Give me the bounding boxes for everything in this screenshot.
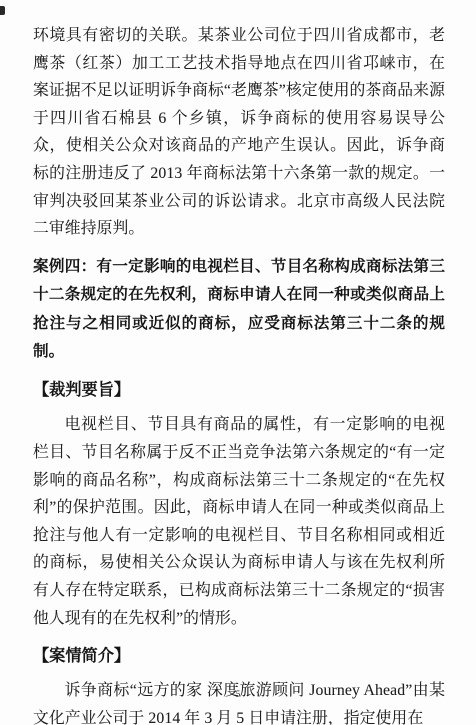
judgment-gist-paragraph: 电视栏目、节目具有商品的属性，有一定影响的电视栏目、节目名称属于反不正当竞争法第… — [33, 411, 445, 632]
case3-continuation-paragraph: 环境具有密切的关联。某茶业公司位于四川省成都市，老鹰茶（红茶）加工工艺技术指导地… — [33, 22, 445, 243]
document-page: 环境具有密切的关联。某茶业公司位于四川省成都市，老鹰茶（红茶）加工工艺技术指导地… — [0, 0, 476, 725]
case-summary-paragraph: 诉争商标“远方的家 深度旅游顾问 Journey Ahead”由某文化产业公司于… — [33, 677, 445, 725]
section-title-case-summary: 【案情简介】 — [33, 642, 445, 670]
case4-heading: 案例四：有一定影响的电视栏目、节目名称构成商标法第三十二条规定的在先权利，商标申… — [33, 253, 445, 367]
section-title-judgment-gist: 【裁判要旨】 — [33, 376, 445, 404]
scan-artifact — [0, 6, 5, 15]
page-number: 5 — [0, 690, 476, 700]
